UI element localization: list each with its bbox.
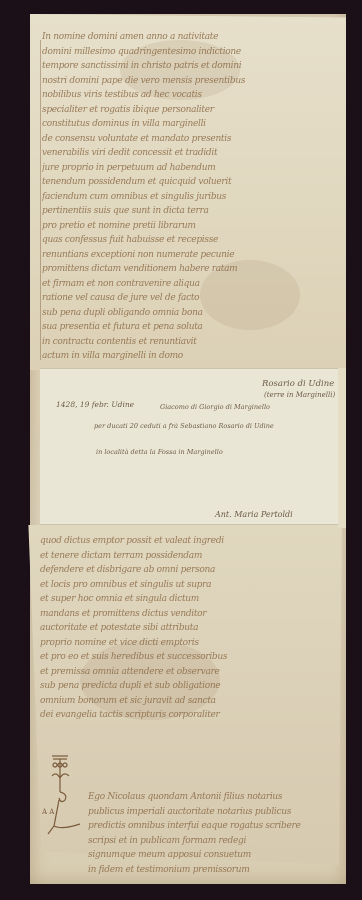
text-line: faciendum cum omnibus et singulis juribu… (42, 190, 338, 205)
text-line: in contractu contentis et renuntiavit (42, 335, 338, 350)
text-line: et locis pro omnibus et singulis ut supr… (40, 578, 338, 593)
text-line: mandans et promittens dictus venditor (40, 607, 338, 622)
text-line: In nomine domini amen anno a nativitate (42, 30, 338, 45)
text-line: auctoritate et potestate sibi attributa (40, 621, 338, 636)
notarial-signum-icon: A A (22, 752, 82, 852)
text-line: defendere et disbrigare ab omni persona (40, 563, 338, 578)
text-line: predictis omnibus interfui eaque rogatus… (88, 819, 340, 834)
text-line: tempore sanctissimi in christo patris et… (42, 59, 338, 74)
text-line: omnium bonorum et sic juravit ad sancta (40, 694, 338, 709)
text-line: nobilibus viris testibus ad hec vocatis (42, 88, 338, 103)
text-line: dei evangelia tactis scripturis corporal… (40, 708, 338, 723)
note-summary: per ducati 20 ceduti a frà Sebastiano Ro… (94, 422, 274, 430)
text-line: sub pena predicta dupli et sub obligatio… (40, 679, 338, 694)
text-line: pro pretio et nomine pretii librarum (42, 219, 338, 234)
note-heading-subject: (terre in Marginelli) (264, 391, 335, 399)
text-line: et tenere dictam terram possidendam (40, 549, 338, 564)
text-line: specialiter et rogatis ibique personalit… (42, 103, 338, 118)
archival-note-edge (338, 368, 346, 528)
text-line: scripsi et in publicam formam redegi (88, 834, 340, 849)
note-date: 1428, 19 febr. Udine (56, 400, 134, 409)
upper-text-block: In nomine domini amen anno a nativitate … (42, 30, 338, 364)
text-line: quod dictus emptor possit et valeat ingr… (40, 534, 338, 549)
text-line: renuntians exceptioni non numerate pecun… (42, 248, 338, 263)
text-line: constitutus dominus in villa marginelli (42, 117, 338, 132)
text-line: ratione vel causa de jure vel de facto (42, 291, 338, 306)
text-line: nostri domini pape die vero mensis prese… (42, 74, 338, 89)
text-line: quas confessus fuit habuisse et recepiss… (42, 233, 338, 248)
text-line: venerabilis viri dedit concessit et trad… (42, 146, 338, 161)
text-line: sua presentia et futura et pena soluta (42, 320, 338, 335)
note-heading-place: Rosario di Udine (262, 379, 334, 389)
text-line: signumque meum apposui consuetum (88, 848, 340, 863)
signum-initials: A A (41, 808, 55, 816)
text-line: Ego Nicolaus quondam Antonii filius nota… (88, 790, 340, 805)
text-line: de consensu voluntate et mandato present… (42, 132, 338, 147)
note-signature: Ant. Maria Pertoldi (215, 510, 293, 519)
text-line: et pro eo et suis heredibus et successor… (40, 650, 338, 665)
text-line: pertinentiis suis que sunt in dicta terr… (42, 204, 338, 219)
note-location: in località detta la Fossa in Marginello (96, 448, 223, 456)
text-line: et firmam et non contravenire aliqua (42, 277, 338, 292)
text-line: et premissa omnia attendere et observare (40, 665, 338, 680)
text-line: jure proprio in perpetuum ad habendum (42, 161, 338, 176)
text-line: tenendum possidendum et quicquid volueri… (42, 175, 338, 190)
margin-ruling-line (40, 40, 41, 360)
text-line: publicus imperiali auctoritate notarius … (88, 805, 340, 820)
lower-text-block: quod dictus emptor possit et valeat ingr… (40, 534, 338, 723)
text-line: et super hoc omnia et singula dictum (40, 592, 338, 607)
text-line: sub pena dupli obligando omnia bona (42, 306, 338, 321)
text-line: actum in villa marginelli in domo (42, 349, 338, 364)
note-party: Giacomo di Giorgio di Marginello (160, 403, 270, 411)
text-line: in fidem et testimonium premissorum (88, 863, 340, 878)
text-line: proprio nomine et vice dicti emptoris (40, 636, 338, 651)
notary-subscription: Ego Nicolaus quondam Antonii filius nota… (88, 790, 340, 877)
text-line: promittens dictam venditionem habere rat… (42, 262, 338, 277)
text-line: domini millesimo quadringentesimo indict… (42, 45, 338, 60)
